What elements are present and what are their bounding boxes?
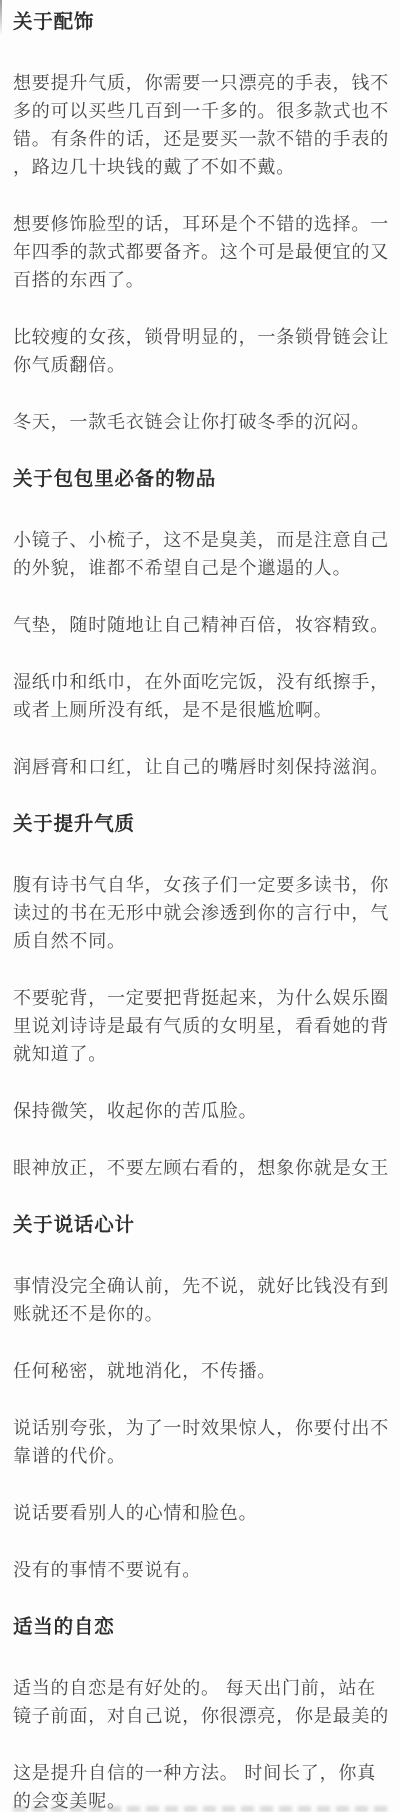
paragraph: 这是提升自信的一种方法。 时间长了，你真 的会变美呢。: [13, 1759, 390, 1812]
paragraph: 润唇膏和口红，让自己的嘴唇时刻保持滋润。: [13, 753, 390, 781]
paragraph: 说话要看别人的心情和脸色。: [13, 1499, 390, 1527]
section-temperament: 关于提升气质 腹有诗书气自华，女孩子们一定要多读书，你 读过的书在无形中就会渗透…: [13, 810, 390, 1182]
article-page: 关于配饰 想要提升气质，你需要一只漂亮的手表，钱不 多的可以买些几百到一千多的。…: [0, 0, 400, 1812]
paragraph: 说话别夸张，为了一时效果惊人，你要付出不 靠谱的代价。: [13, 1414, 390, 1470]
left-edge-artifact: [0, 0, 2, 36]
paragraph: 任何秘密，就地消化，不传播。: [13, 1357, 390, 1385]
section-accessories: 关于配饰 想要提升气质，你需要一只漂亮的手表，钱不 多的可以买些几百到一千多的。…: [13, 8, 390, 436]
paragraph: 不要驼背，一定要把背挺起来，为什么娱乐圈 里说刘诗诗是最有气质的女明星，看看她的…: [13, 984, 390, 1068]
section-heading: 关于说话心计: [13, 1211, 390, 1239]
paragraph: 气垫，随时随地让自己精神百倍，妆容精致。: [13, 611, 390, 639]
section-speaking-tact: 关于说话心计 事情没完全确认前，先不说，就好比钱没有到 账就还不是你的。 任何秘…: [13, 1211, 390, 1584]
section-heading: 关于包包里必备的物品: [13, 465, 390, 493]
paragraph: 冬天，一款毛衣链会让你打破冬季的沉闷。: [13, 408, 390, 436]
paragraph: 想要提升气质，你需要一只漂亮的手表，钱不 多的可以买些几百到一千多的。很多款式也…: [13, 69, 390, 181]
paragraph: 想要修饰脸型的话，耳环是个不错的选择。一 年四季的款式都要备齐。这个可是最便宜的…: [13, 210, 390, 294]
paragraph: 小镜子、小梳子，这不是臭美，而是注意自己 的外貌，谁都不希望自己是个邋遢的人。: [13, 526, 390, 582]
paragraph: 保持微笑，收起你的苦瓜脸。: [13, 1097, 390, 1125]
paragraph: 眼神放正，不要左顾右看的，想象你就是女王: [13, 1154, 390, 1182]
section-heading: 关于提升气质: [13, 810, 390, 838]
paragraph: 腹有诗书气自华，女孩子们一定要多读书，你 读过的书在无形中就会渗透到你的言行中，…: [13, 871, 390, 955]
paragraph: 事情没完全确认前，先不说，就好比钱没有到 账就还不是你的。: [13, 1272, 390, 1328]
paragraph: 没有的事情不要说有。: [13, 1556, 390, 1584]
cutoff-next-line-artifact: [13, 1806, 390, 1812]
section-heading: 适当的自恋: [13, 1613, 390, 1641]
section-self-love: 适当的自恋 适当的自恋是有好处的。 每天出门前，站在 镜子前面，对自己说，你很漂…: [13, 1613, 390, 1812]
paragraph: 湿纸巾和纸巾，在外面吃完饭，没有纸擦手， 或者上厕所没有纸，是不是很尴尬啊。: [13, 668, 390, 724]
section-bag-essentials: 关于包包里必备的物品 小镜子、小梳子，这不是臭美，而是注意自己 的外貌，谁都不希…: [13, 465, 390, 781]
section-heading: 关于配饰: [13, 8, 390, 36]
paragraph: 适当的自恋是有好处的。 每天出门前，站在 镜子前面，对自己说，你很漂亮，你是最美…: [13, 1674, 390, 1730]
paragraph: 比较瘦的女孩，锁骨明显的，一条锁骨链会让 你气质翻倍。: [13, 323, 390, 379]
